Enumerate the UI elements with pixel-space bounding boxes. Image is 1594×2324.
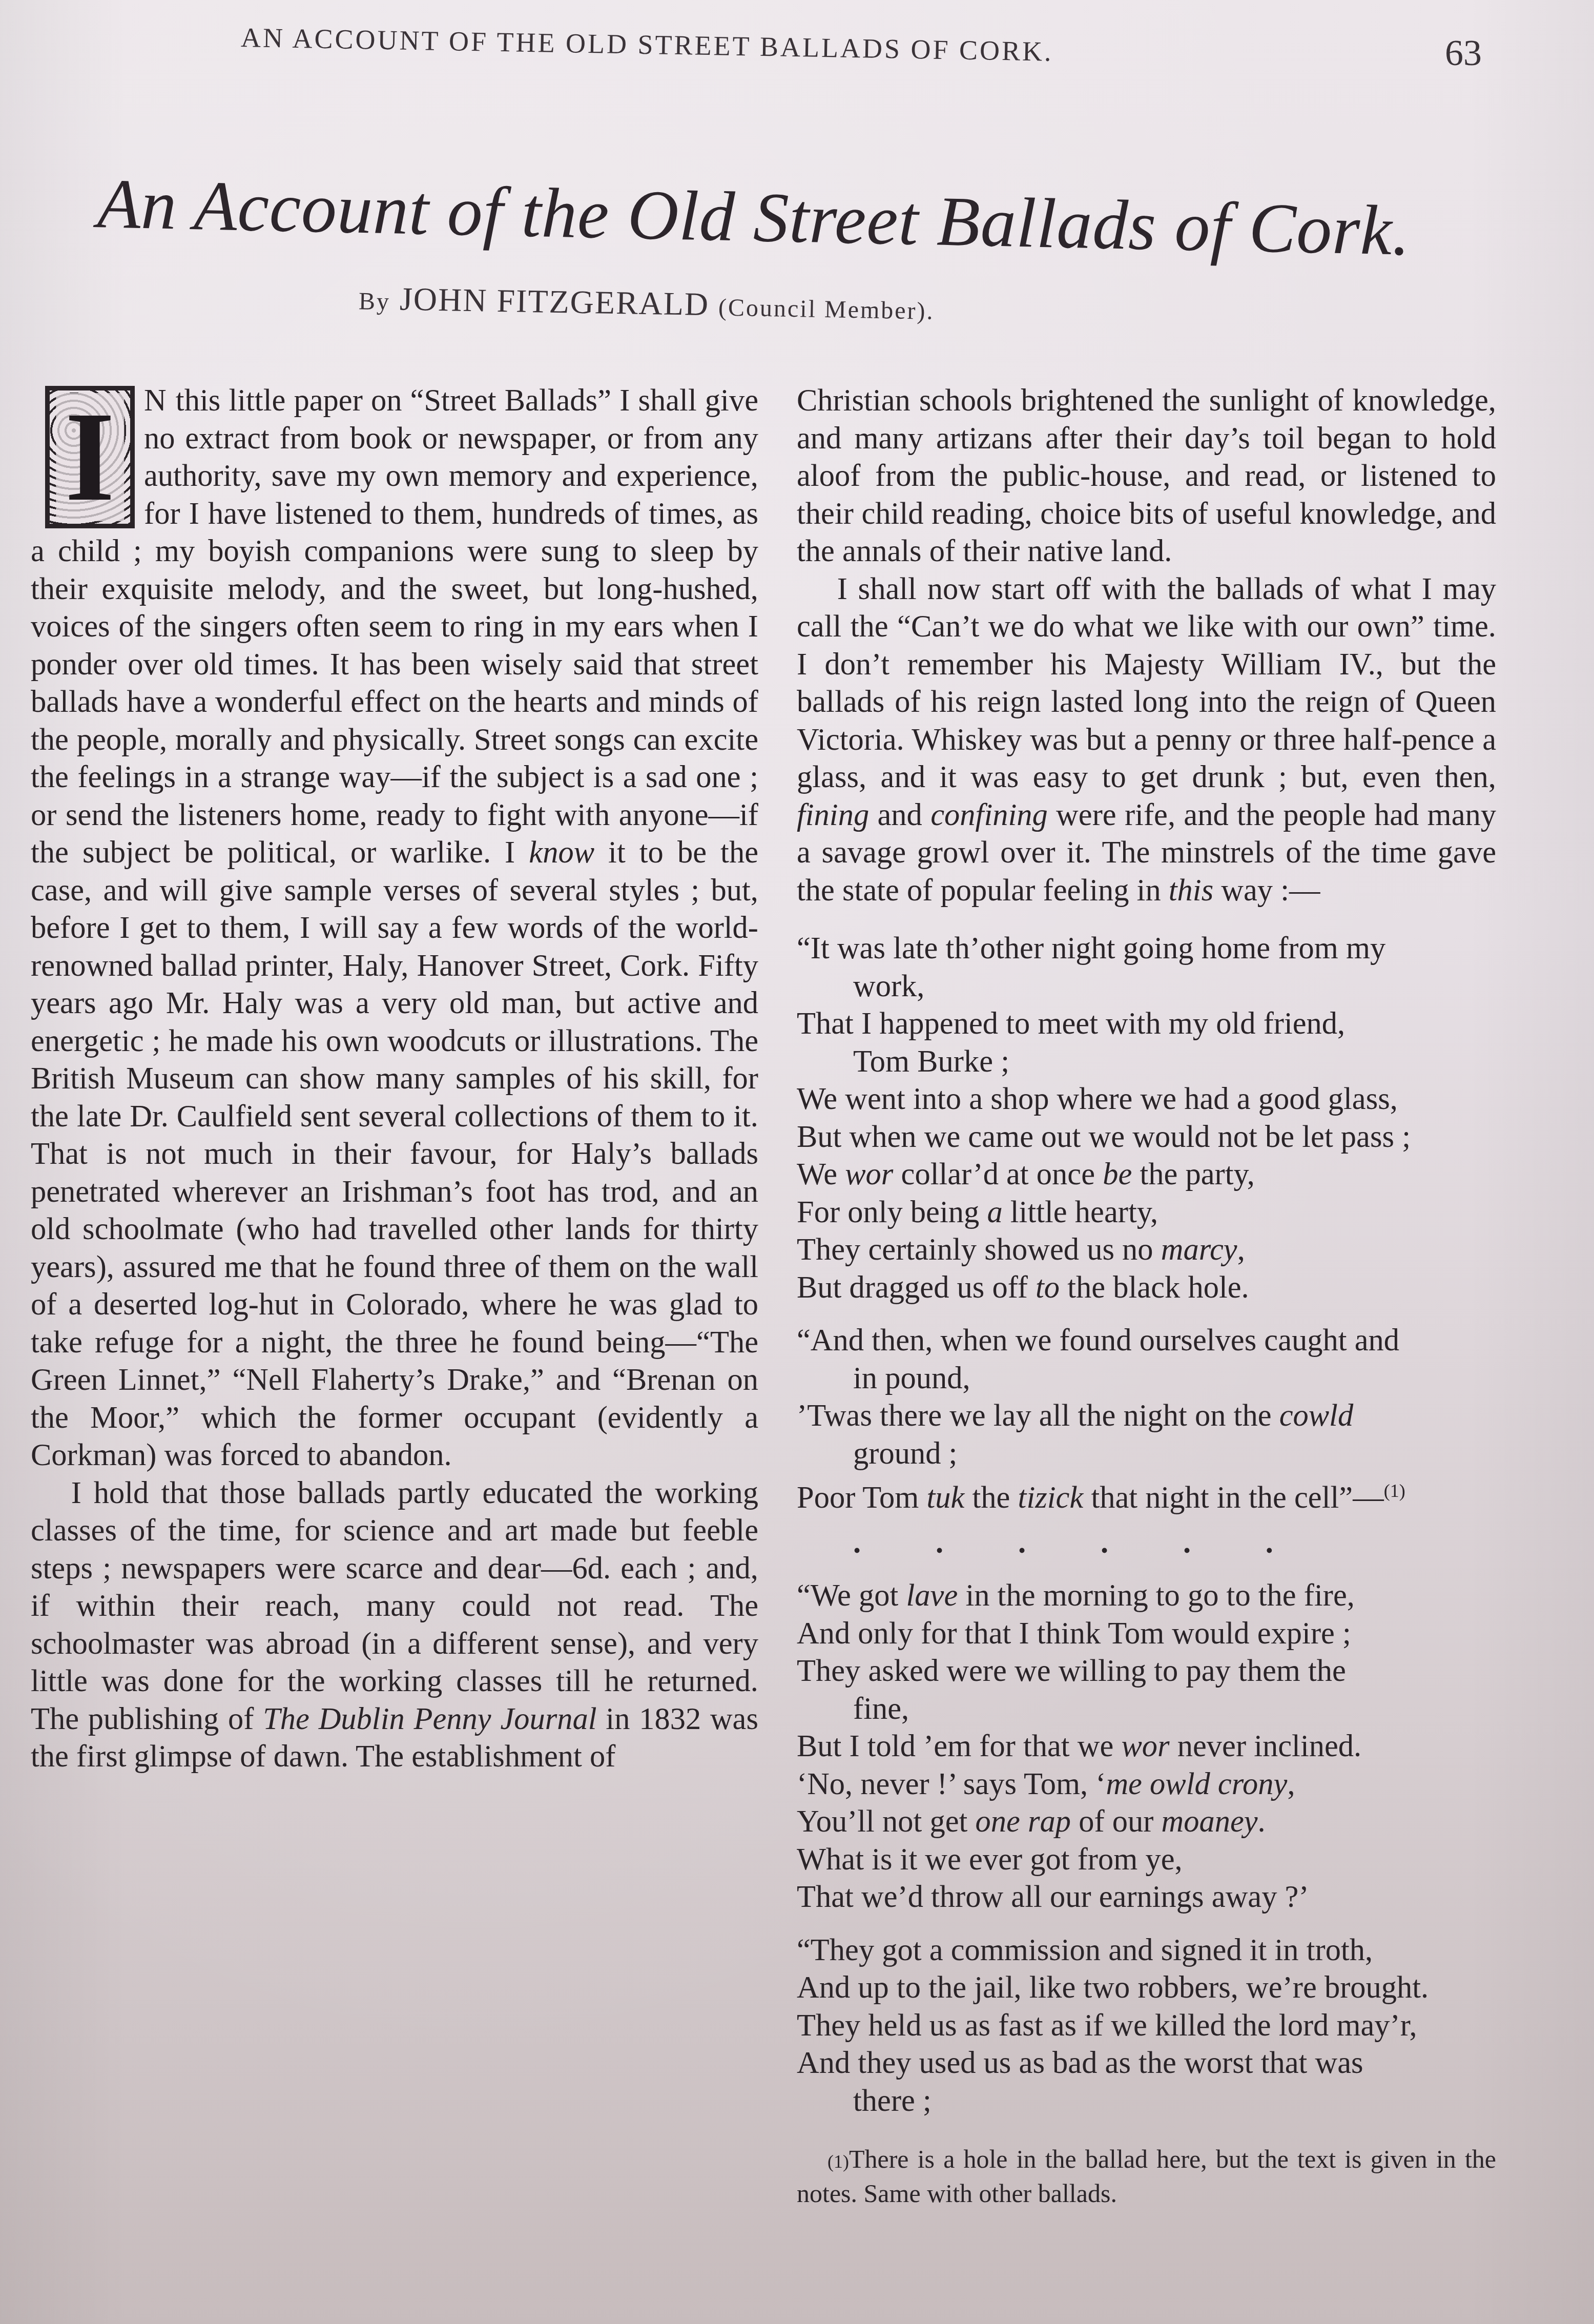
verse-line-continuation: Tom Burke ; [797,1043,1496,1081]
verse-text: They certainly showed us no [797,1232,1161,1267]
verse-text: the [964,1480,1018,1515]
verse-line: But when we came out we would not be let… [797,1118,1496,1156]
verse-text: in the morning to go to the fire, [958,1578,1355,1613]
verse-text: But dragged us off [797,1270,1036,1305]
verse-text: You’ll not get [797,1804,976,1839]
verse-line: They certainly showed us no marcy, [797,1231,1496,1269]
emphasis-text: confining [930,798,1048,832]
byline: By JOHN FITZGERALD (Council Member). [358,279,935,327]
verse-text: “We got [797,1578,906,1613]
emphasis-text: know [529,835,594,870]
paragraph: I shall now start off with the ballads o… [797,570,1496,910]
drop-cap-letter: I [56,393,124,521]
dialect-word: wor [1121,1729,1169,1763]
dialect-word: marcy [1161,1232,1237,1267]
verse-line: We wor collar’d at once be the party, [797,1156,1496,1194]
verse-line: “They got a commission and signed it in … [797,1931,1496,1969]
verse-text: little hearty, [1003,1195,1158,1229]
paragraph-text: way :— [1213,873,1320,908]
paragraph-text: I hold that those ballads partly educate… [31,1476,758,1736]
verse-line: ‘No, never !’ says Tom, ‘me owld crony, [797,1765,1496,1803]
verse-text: of our [1071,1804,1161,1839]
lead-letter: N [144,383,168,418]
footnote-marker: (1) [827,2151,849,2172]
verse-line: And up to the jail, like two robbers, we… [797,1969,1496,2007]
paragraph: I N this little paper on “Street Ballads… [31,382,758,1474]
verse-text: , [1237,1232,1245,1267]
verse-text: that night in the cell”— [1083,1480,1383,1515]
verse-line-continuation: there ; [797,2082,1496,2120]
author-name: JOHN FITZGERALD [399,281,709,323]
right-column: Christian schools brightened the sunligh… [797,382,1496,2235]
verse-line-continuation: work, [797,968,1496,1005]
dot: . [853,1524,861,1562]
emphasis-text: this [1169,873,1213,908]
verse-line: What is it we ever got from ye, [797,1841,1496,1879]
byline-prefix: By [359,287,391,315]
stanza: “And then, when we found ourselves caugh… [797,1322,1496,1561]
verse-line: That we’d throw all our earnings away ?’ [797,1878,1496,1916]
verse-text: Poor Tom [797,1480,927,1515]
verse-text: We [797,1157,845,1191]
paragraph-text: it to be the case, and will give sample … [31,835,758,1472]
dialect-word: wor [845,1157,893,1191]
verse-line: ’Twas there we lay all the night on the … [797,1397,1496,1435]
paragraph-text: this little paper on “Street Ballads” I … [31,383,758,870]
dot: . [1266,1524,1273,1562]
verse-line: “It was late th’other night going home f… [797,930,1496,968]
verse-line: For only being a little hearty, [797,1194,1496,1231]
ornamental-drop-cap: I [45,386,135,528]
dialect-word: tizick [1018,1480,1084,1515]
verse-line: And they used us as bad as the worst tha… [797,2044,1496,2082]
dialect-word: be [1103,1157,1132,1191]
verse-line: “And then, when we found ourselves caugh… [797,1322,1496,1360]
dialect-word: one rap [976,1804,1071,1839]
page-number: 63 [1445,32,1482,74]
verse-line: And only for that I think Tom would expi… [797,1615,1496,1653]
verse-line-continuation: in pound, [797,1360,1496,1397]
stanza: “They got a commission and signed it in … [797,1931,1496,2120]
article-title: An Account of the Old Street Ballads of … [97,162,1456,272]
verse-line: That I happened to meet with my old frie… [797,1005,1496,1043]
verse-line: They asked were we willing to pay them t… [797,1652,1496,1690]
dialect-word: cowld [1279,1398,1354,1433]
verse-text: But I told ’em for that we [797,1729,1121,1763]
dot: . [1018,1524,1026,1562]
verse-text: . [1258,1804,1266,1839]
dialect-word: tuk [927,1480,965,1515]
dialect-word: me owld crony [1106,1767,1287,1801]
dot: . [936,1524,943,1562]
verse-line: “We got lave in the morning to go to the… [797,1577,1496,1615]
dialect-word: a [987,1195,1002,1229]
verse-line-continuation: ground ; [797,1435,1496,1473]
stanza: “It was late th’other night going home f… [797,930,1496,1306]
verse-line: We went into a shop where we had a good … [797,1080,1496,1118]
dialect-word: moaney [1161,1804,1257,1839]
verse-text: collar’d at once [893,1157,1103,1191]
ballad-verse: “It was late th’other night going home f… [797,930,1496,2120]
dialect-word: to [1036,1270,1060,1305]
author-role: (Council Member). [718,294,935,324]
running-head: An Account of the Old Street Ballads of … [241,22,1292,72]
paragraph-text: I shall now start off with the ballads o… [797,572,1496,795]
footnote: (1)There is a hole in the ballad here, b… [797,2143,1496,2209]
verse-line-continuation: fine, [797,1690,1496,1728]
verse-line: But I told ’em for that we wor never inc… [797,1727,1496,1765]
verse-line: They held us as fast as if we killed the… [797,2007,1496,2045]
dot: . [1183,1524,1191,1562]
verse-text: never inclined. [1170,1729,1362,1763]
dot: . [1101,1524,1108,1562]
verse-line: You’ll not get one rap of our moaney. [797,1803,1496,1841]
verse-text: , [1287,1767,1295,1801]
paragraph-text: Christian schools brightened the sunligh… [797,383,1496,568]
verse-text: the black hole. [1060,1270,1249,1305]
dialect-word: lave [906,1578,958,1613]
paragraph: Christian schools brightened the sunligh… [797,382,1496,570]
footnote-text: There is a hole in the ballad here, but … [797,2145,1496,2208]
emphasis-text: fining [797,798,869,832]
journal-title: The Dublin Penny Journal [263,1702,596,1736]
ellipsis-dots: . . . . . . [853,1524,1273,1562]
verse-line: Poor Tom tuk the tizick that night in th… [797,1472,1496,1517]
verse-text: For only being [797,1195,987,1229]
left-column: I N this little paper on “Street Ballads… [31,382,758,1776]
verse-text: the party, [1132,1157,1255,1191]
footnote-reference[interactable]: (1) [1384,1480,1405,1501]
verse-line: But dragged us off to the black hole. [797,1269,1496,1307]
paragraph: I hold that those ballads partly educate… [31,1474,758,1776]
stanza: “We got lave in the morning to go to the… [797,1577,1496,1916]
verse-text: ‘No, never !’ says Tom, ‘ [797,1767,1106,1801]
verse-text: ’Twas there we lay all the night on the [797,1398,1279,1433]
paragraph-text: and [869,798,930,832]
